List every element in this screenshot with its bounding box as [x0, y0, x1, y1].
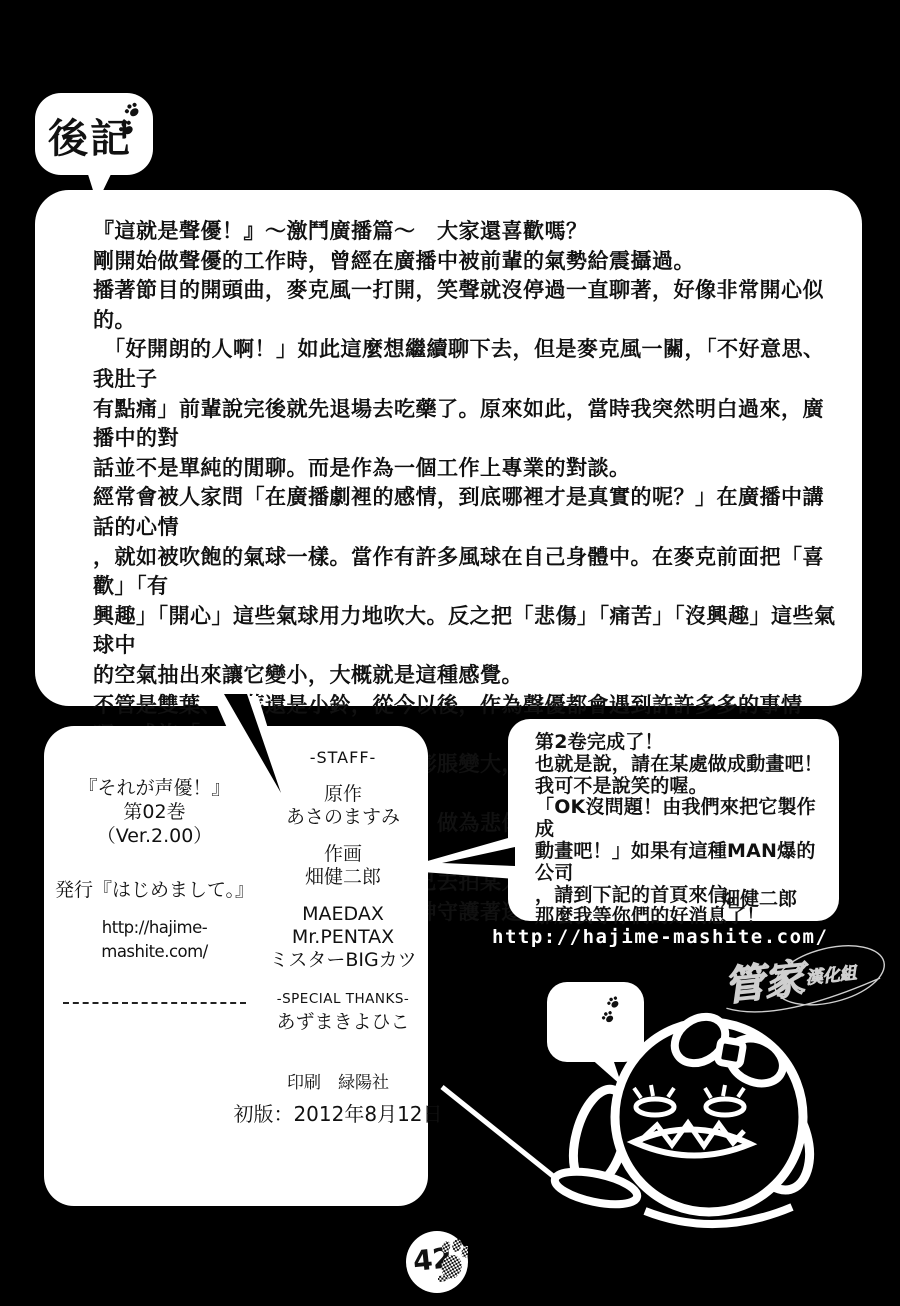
svg-text:漢化組: 漢化組 — [805, 963, 860, 988]
afterword-bubble: 後記 — [35, 93, 153, 175]
colophon-box: 『それが声優！』 第02巻 （Ver.2.00） 発行『はじめまして。』 htt… — [44, 726, 428, 1206]
original-work-name: あさのますみ — [262, 806, 424, 829]
text-line: ，就如被吹飽的氣球一樣。當作有許多風球在自己身體中。在麥克前面把「喜歡」「有 — [93, 543, 841, 602]
speed-line — [442, 1087, 558, 1180]
publisher-url: http://hajime-mashite.com/ — [52, 916, 257, 964]
text-line: 也就是說，請在某處做成動畫吧！ — [535, 754, 827, 776]
text-line: 經常會被人家問「在廣播劇裡的感情，到底哪裡才是真實的呢？」在廣播中講話的心情 — [93, 483, 841, 542]
text-line: 『這就是聲優！』～激鬥廣播篇～ 大家還喜歡嗎？ — [93, 217, 841, 247]
book-title: 『それが声優！』 — [52, 776, 257, 800]
artist-comment-bubble: 第2卷完成了！ 也就是說，請在某處做成動畫吧！ 我可不是說笑的喔。 「OK沒問題… — [508, 719, 839, 921]
manga-afterword-page: { "page": { "number": "42", "background"… — [0, 0, 900, 1306]
staff-header: -STAFF- — [262, 746, 424, 769]
halftone-paw-icon — [438, 1236, 468, 1286]
publisher: 発行『はじめまして。』 — [52, 878, 257, 902]
special-thanks-header: -SPECIAL THANKS- — [262, 988, 424, 1011]
text-line: 興趣」「開心」這些氣球用力地吹大。反之把「悲傷」「痛苦」「沒興趣」這些氣球中 — [93, 602, 841, 661]
art-name: 畑健二郎 — [262, 866, 424, 889]
assistant-name: ミスターBIGカツ — [262, 949, 424, 972]
dog-front-paw — [552, 1166, 640, 1211]
text-line: 剛開始做聲優的工作時，曾經在廣播中被前輩的氣勢給震攝過。 — [93, 247, 841, 277]
art-label: 作画 — [262, 843, 424, 866]
original-work-label: 原作 — [262, 783, 424, 806]
dog-character — [420, 995, 900, 1264]
text-line: 動畫吧！」如果有這種MAN爆的公司 — [535, 841, 827, 885]
text-line: 我可不是說笑的喔。 — [535, 776, 827, 798]
text-line: 第2卷完成了！ — [535, 732, 827, 754]
text-line: 播著節目的開頭曲，麥克風一打開，笑聲就沒停過一直聊著，好像非常開心似的。 — [93, 276, 841, 335]
divider-dashed-line — [63, 1002, 246, 1004]
text-line: 話並不是單純的閒聊。而是作為一個工作上專業的對談。 — [93, 454, 841, 484]
colophon-left-column: 『それが声優！』 第02巻 （Ver.2.00） 発行『はじめまして。』 htt… — [52, 776, 257, 1004]
assistant-name: Mr.PENTAX — [262, 926, 424, 949]
text-line: 的空氣抽出來讓它變小，大概就是這種感覺。 — [93, 661, 841, 691]
afterword-text-box: 『這就是聲優！』～激鬥廣播篇～ 大家還喜歡嗎？ 剛開始做聲優的工作時，曾經在廣播… — [35, 190, 862, 706]
text-line: 有點痛」前輩說完後就先退場去吃藥了。原來如此，當時我突然明白過來，廣播中的對 — [93, 395, 841, 454]
special-thanks-name: あずまきよひこ — [262, 1011, 424, 1034]
artist-signature: 畑健二郎 — [721, 884, 797, 911]
assistant-name: MAEDAX — [262, 903, 424, 926]
staff-column: -STAFF- 原作 あさのますみ 作画 畑健二郎 MAEDAX Mr.PENT… — [262, 746, 424, 1034]
text-line: 「OK沒問題！由我們來把它製作成 — [535, 797, 827, 841]
book-version: （Ver.2.00） — [52, 824, 257, 848]
page-number-badge: 42 — [406, 1231, 468, 1293]
book-volume: 第02巻 — [52, 800, 257, 824]
text-line: 「好開朗的人啊！」如此這麼想繼續聊下去，但是麥克風一關，「不好意思、我肚子 — [93, 335, 841, 394]
